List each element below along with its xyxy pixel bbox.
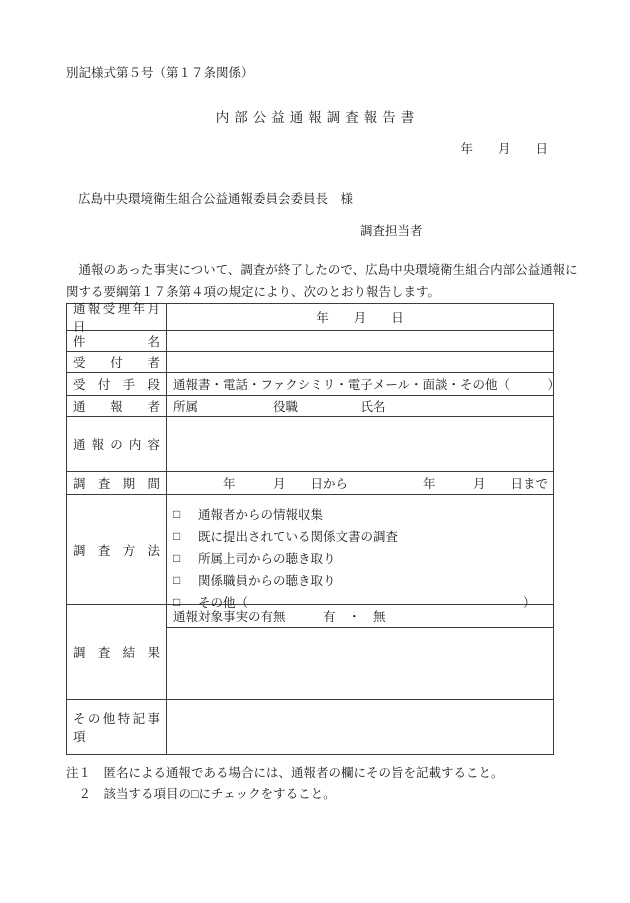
document-page: 別記様式第５号（第１７条関係） 内部公益通報調査報告書 年 月 日 広島中央環境… — [0, 0, 630, 903]
form-number: 別記様式第５号（第１７条関係） — [66, 63, 254, 81]
value-cell: 年 月 日から 年 月 日まで — [167, 472, 553, 494]
label-cell: 調査方法 — [67, 495, 167, 604]
checkbox-item: □ 既に提出されている関係文書の調査 — [173, 525, 547, 547]
value-cell: 通報書・電話・ファクシミリ・電子メール・面談・その他（ ） — [167, 373, 553, 395]
checkbox-label: 関係職員からの聴き取り — [198, 571, 336, 589]
row-investigation-period: 調査期間 年 月 日から 年 月 日まで — [67, 472, 553, 495]
value-cell — [167, 352, 553, 372]
checkbox-icon: □ — [173, 574, 186, 586]
value-cell — [167, 700, 553, 754]
checkbox-label: 既に提出されている関係文書の調査 — [198, 527, 398, 545]
row-other-notes: その他特記事項 — [67, 700, 553, 754]
addressee-line: 広島中央環境衛生組合公益通報委員会委員長 様 — [78, 189, 353, 207]
row-reporter: 通報者 所属 役職 氏名 — [67, 396, 553, 417]
row-report-content: 通報の内容 — [67, 417, 553, 472]
checkbox-item: □ 関係職員からの聴き取り — [173, 569, 547, 591]
date-line: 年 月 日 — [460, 139, 548, 157]
checkbox-icon: □ — [173, 508, 186, 520]
row-investigation-method: 調査方法 □ 通報者からの情報収集 □ 既に提出されている関係文書の調査 □ 所… — [67, 495, 553, 605]
checkbox-item: □ 通報者からの情報収集 — [173, 503, 547, 525]
result-detail-area — [167, 628, 553, 699]
label-cell: その他特記事項 — [67, 700, 167, 754]
checkbox-icon: □ — [173, 552, 186, 564]
document-title: 内部公益通報調査報告書 — [0, 106, 630, 126]
label-cell: 受付手段 — [67, 373, 167, 395]
row-investigation-result: 調査結果 通報対象事実の有無 有 ・ 無 — [67, 605, 553, 700]
footnote-line: 注１ 匿名による通報である場合には、通報者の欄にその旨を記載すること。 — [66, 763, 504, 784]
checkbox-icon: □ — [173, 530, 186, 542]
body-line: 通報のあった事実について、調査が終了したので、広島中央環境衛生組合内部公益通報に — [66, 259, 578, 281]
value-cell: 所属 役職 氏名 — [167, 396, 553, 416]
value-cell — [167, 417, 553, 471]
value-cell: 年 月 日 — [167, 304, 553, 330]
result-cell: 通報対象事実の有無 有 ・ 無 — [167, 605, 553, 699]
checkbox-label: 通報者からの情報収集 — [198, 505, 323, 523]
label-cell: 通報受理年月日 — [67, 304, 167, 330]
row-receptionist: 受付者 — [67, 352, 553, 373]
label-cell: 通報の内容 — [67, 417, 167, 471]
checkbox-item: □ 所属上司からの聴き取り — [173, 547, 547, 569]
checkbox-label: 所属上司からの聴き取り — [198, 549, 336, 567]
value-cell — [167, 331, 553, 351]
report-table: 通報受理年月日 年 月 日 件名 受付者 受付手段 通報書・電話・ファクシミリ・… — [66, 303, 554, 755]
row-receipt-date: 通報受理年月日 年 月 日 — [67, 304, 553, 331]
investigator-label: 調査担当者 — [360, 221, 423, 239]
row-reception-method: 受付手段 通報書・電話・ファクシミリ・電子メール・面談・その他（ ） — [67, 373, 553, 396]
label-cell: 調査期間 — [67, 472, 167, 494]
footnotes: 注１ 匿名による通報である場合には、通報者の欄にその旨を記載すること。 ２ 該当… — [66, 763, 504, 805]
footnote-line: ２ 該当する項目の□にチェックをすること。 — [66, 784, 504, 805]
label-cell: 通報者 — [67, 396, 167, 416]
row-case-name: 件名 — [67, 331, 553, 352]
label-cell: 件名 — [67, 331, 167, 351]
label-cell: 調査結果 — [67, 605, 167, 699]
body-paragraph: 通報のあった事実について、調査が終了したので、広島中央環境衛生組合内部公益通報に… — [66, 259, 578, 303]
checkbox-list: □ 通報者からの情報収集 □ 既に提出されている関係文書の調査 □ 所属上司から… — [167, 495, 553, 604]
label-cell: 受付者 — [67, 352, 167, 372]
result-fact-existence: 通報対象事実の有無 有 ・ 無 — [167, 605, 553, 628]
